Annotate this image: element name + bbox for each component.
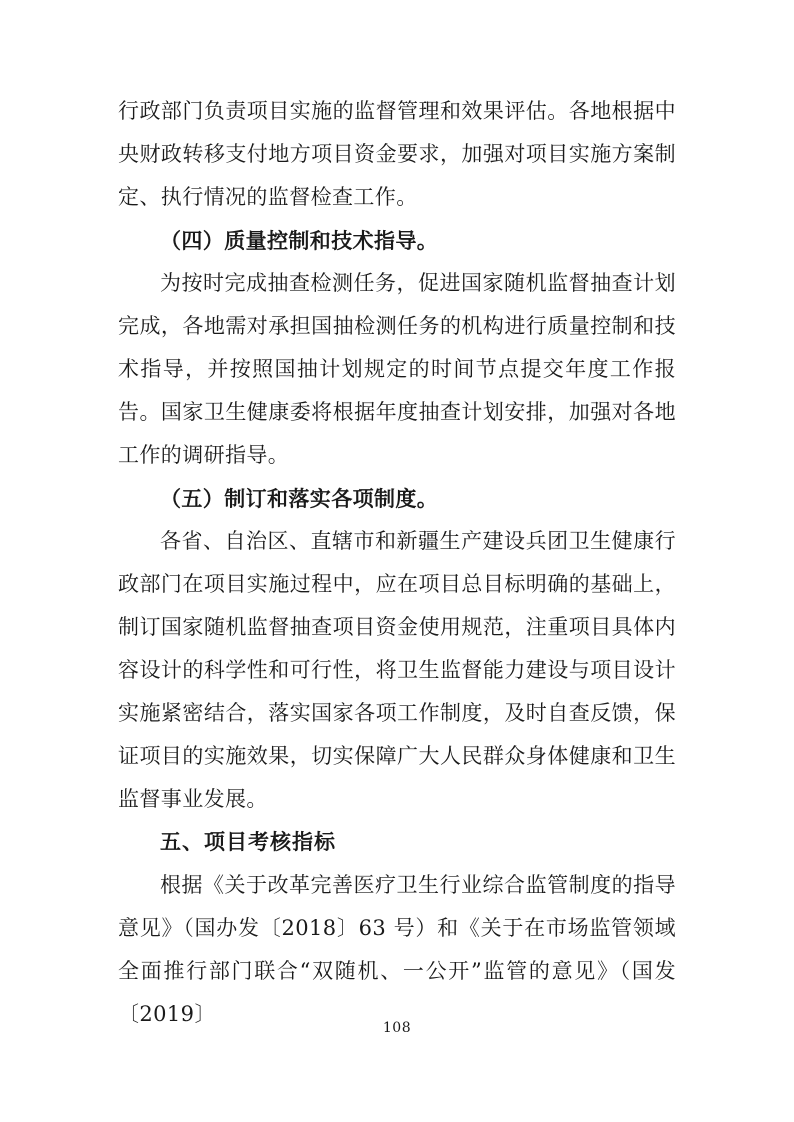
paragraph: 根据《关于改革完善医疗卫生行业综合监管制度的指导意见》（国办发〔2018〕63 … bbox=[118, 864, 676, 1036]
document-page: 行政部门负责项目实施的监督管理和效果评估。各地根据中央财政转移支付地方项目资金要… bbox=[0, 0, 794, 1122]
section-heading: （五）制订和落实各项制度。 bbox=[118, 477, 676, 520]
section-heading: 五、项目考核指标 bbox=[118, 821, 676, 864]
document-body: 行政部门负责项目实施的监督管理和效果评估。各地根据中央财政转移支付地方项目资金要… bbox=[118, 90, 676, 1036]
paragraph: 行政部门负责项目实施的监督管理和效果评估。各地根据中央财政转移支付地方项目资金要… bbox=[118, 90, 676, 219]
page-number: 108 bbox=[0, 1020, 794, 1036]
section-heading: （四）质量控制和技术指导。 bbox=[118, 219, 676, 262]
paragraph: 各省、自治区、直辖市和新疆生产建设兵团卫生健康行政部门在项目实施过程中，应在项目… bbox=[118, 520, 676, 821]
paragraph: 为按时完成抽查检测任务，促进国家随机监督抽查计划完成，各地需对承担国抽检测任务的… bbox=[118, 262, 676, 477]
